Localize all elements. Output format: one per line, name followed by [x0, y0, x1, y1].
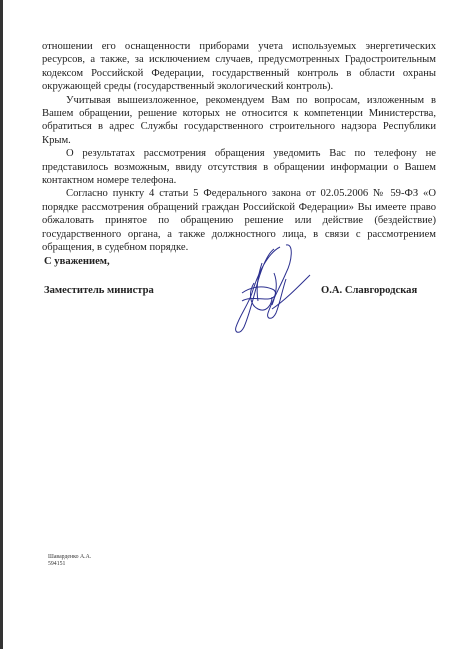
letter-body: отношении его оснащенности приборами уче… [42, 40, 436, 255]
signer-title: Заместитель министра [44, 285, 154, 296]
handwritten-signature-icon [228, 243, 318, 335]
executor-footer: Шаварденко А.А. 594151 [48, 554, 91, 569]
executor-phone: 594151 [48, 561, 91, 568]
scan-border [0, 0, 3, 649]
paragraph-2: Учитывая вышеизложенное, рекомендуем Вам… [42, 94, 436, 148]
signer-name: О.А. Славгородская [321, 285, 417, 296]
closing-salutation: С уважением, [44, 256, 110, 267]
document-page: отношении его оснащенности приборами уче… [0, 0, 462, 649]
executor-name: Шаварденко А.А. [48, 554, 91, 561]
paragraph-1: отношении его оснащенности приборами уче… [42, 40, 436, 94]
paragraph-3: О результатах рассмотрения обращения уве… [42, 147, 436, 187]
